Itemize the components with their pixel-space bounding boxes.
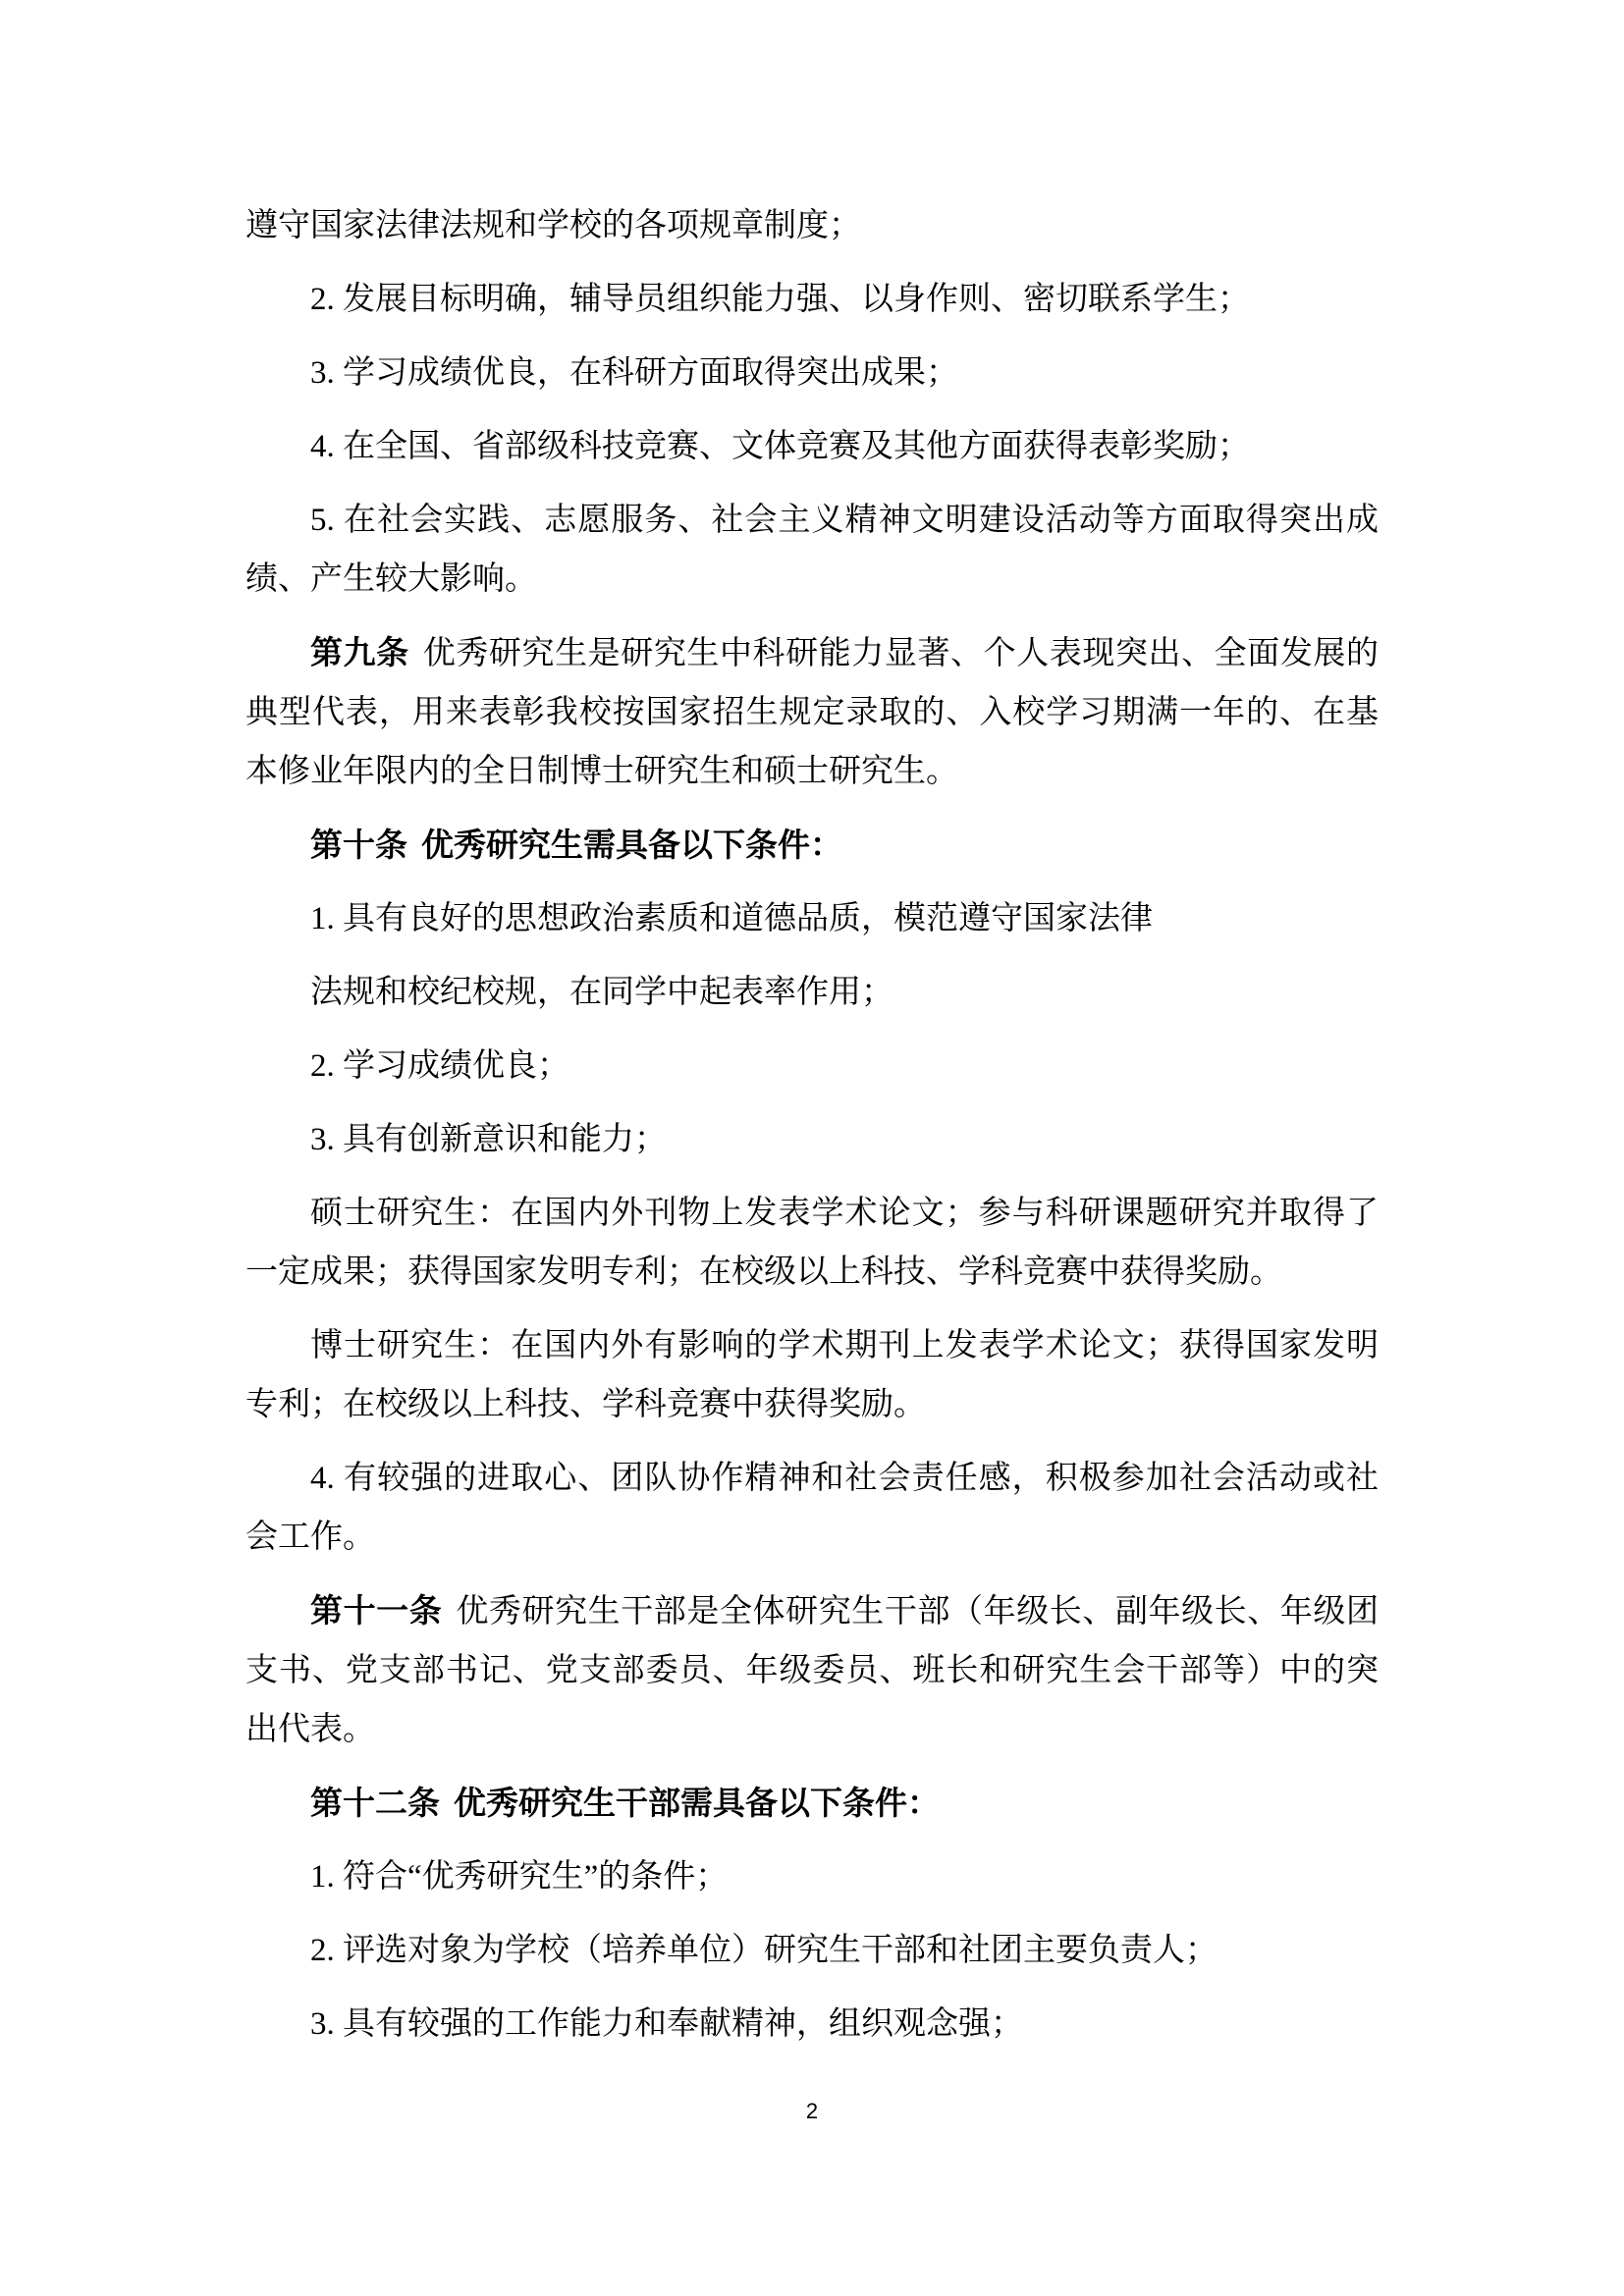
page-number: 2 bbox=[0, 2099, 1624, 2124]
paragraph: 2. 学习成绩优良； bbox=[245, 1037, 1379, 1095]
paragraph-text: 1. 具有良好的思想政治素质和道德品质，模范遵守国家法律 bbox=[310, 901, 1153, 936]
paragraph: 1. 符合“优秀研究生”的条件； bbox=[245, 1847, 1379, 1906]
paragraph-text: 4. 在全国、省部级科技竞赛、文体竞赛及其他方面获得表彰奖励； bbox=[310, 429, 1250, 464]
paragraph: 博士研究生：在国内外有影响的学术期刊上发表学术论文；获得国家发明专利；在校级以上… bbox=[245, 1316, 1379, 1434]
paragraph-text: 2. 发展目标明确，辅导员组织能力强、以身作则、密切联系学生； bbox=[310, 282, 1250, 317]
paragraph: 法规和校纪校规，在同学中起表率作用； bbox=[245, 963, 1379, 1022]
paragraph: 4. 在全国、省部级科技竞赛、文体竞赛及其他方面获得表彰奖励； bbox=[245, 417, 1379, 476]
paragraph-text: 遵守国家法律法规和学校的各项规章制度； bbox=[245, 208, 861, 243]
document-page: 遵守国家法律法规和学校的各项规章制度；2. 发展目标明确，辅导员组织能力强、以身… bbox=[0, 0, 1624, 2296]
paragraph-text: 博士研究生：在国内外有影响的学术期刊上发表学术论文；获得国家发明专利；在校级以上… bbox=[245, 1328, 1379, 1422]
article-heading: 第十二条优秀研究生干部需具备以下条件： bbox=[245, 1774, 1379, 1833]
paragraph: 2. 发展目标明确，辅导员组织能力强、以身作则、密切联系学生； bbox=[245, 270, 1379, 329]
paragraph: 2. 评选对象为学校（培养单位）研究生干部和社团主要负责人； bbox=[245, 1921, 1379, 1980]
article-heading: 第十条优秀研究生需具备以下条件： bbox=[245, 816, 1379, 875]
paragraph-text: 硕士研究生：在国内外刊物上发表学术论文；参与科研课题研究并取得了一定成果；获得国… bbox=[245, 1196, 1379, 1290]
article-number-label: 第十一条 bbox=[310, 1592, 442, 1629]
article-number-label: 第十条 bbox=[310, 827, 407, 863]
paragraph-text: 2. 评选对象为学校（培养单位）研究生干部和社团主要负责人； bbox=[310, 1933, 1218, 1968]
paragraph: 3. 具有创新意识和能力； bbox=[245, 1110, 1379, 1169]
paragraph-text: 优秀研究生是研究生中科研能力显著、个人表现突出、全面发展的典型代表，用来表彰我校… bbox=[245, 636, 1379, 789]
paragraph-text: 3. 学习成绩优良，在科研方面取得突出成果； bbox=[310, 355, 958, 391]
paragraph-text: 优秀研究生干部需具备以下条件： bbox=[454, 1785, 940, 1821]
paragraph: 第九条优秀研究生是研究生中科研能力显著、个人表现突出、全面发展的典型代表，用来表… bbox=[245, 623, 1379, 801]
article-number-label: 第十二条 bbox=[310, 1785, 440, 1821]
article-number-label: 第九条 bbox=[310, 634, 409, 670]
paragraph-text: 法规和校纪校规，在同学中起表率作用； bbox=[310, 975, 893, 1010]
paragraph-text: 2. 学习成绩优良； bbox=[310, 1048, 569, 1084]
paragraph: 5. 在社会实践、志愿服务、社会主义精神文明建设活动等方面取得突出成绩、产生较大… bbox=[245, 491, 1379, 609]
paragraph: 3. 具有较强的工作能力和奉献精神，组织观念强； bbox=[245, 1995, 1379, 2054]
paragraph: 遵守国家法律法规和学校的各项规章制度； bbox=[245, 196, 1379, 255]
document-body: 遵守国家法律法规和学校的各项规章制度；2. 发展目标明确，辅导员组织能力强、以身… bbox=[245, 196, 1379, 2068]
paragraph-text: 1. 符合“优秀研究生”的条件； bbox=[310, 1859, 728, 1895]
paragraph-text: 3. 具有创新意识和能力； bbox=[310, 1122, 667, 1157]
paragraph-text: 5. 在社会实践、志愿服务、社会主义精神文明建设活动等方面取得突出成绩、产生较大… bbox=[245, 503, 1379, 597]
paragraph-text: 优秀研究生需具备以下条件： bbox=[421, 827, 842, 863]
paragraph-text: 4. 有较强的进取心、团队协作精神和社会责任感，积极参加社会活动或社会工作。 bbox=[245, 1461, 1379, 1555]
paragraph: 硕士研究生：在国内外刊物上发表学术论文；参与科研课题研究并取得了一定成果；获得国… bbox=[245, 1184, 1379, 1302]
paragraph: 3. 学习成绩优良，在科研方面取得突出成果； bbox=[245, 344, 1379, 402]
paragraph: 第十一条优秀研究生干部是全体研究生干部（年级长、副年级长、年级团支书、党支部书记… bbox=[245, 1581, 1379, 1759]
paragraph: 1. 具有良好的思想政治素质和道德品质，模范遵守国家法律 bbox=[245, 889, 1379, 948]
paragraph: 4. 有较强的进取心、团队协作精神和社会责任感，积极参加社会活动或社会工作。 bbox=[245, 1449, 1379, 1567]
paragraph-text: 3. 具有较强的工作能力和奉献精神，组织观念强； bbox=[310, 2006, 1023, 2042]
